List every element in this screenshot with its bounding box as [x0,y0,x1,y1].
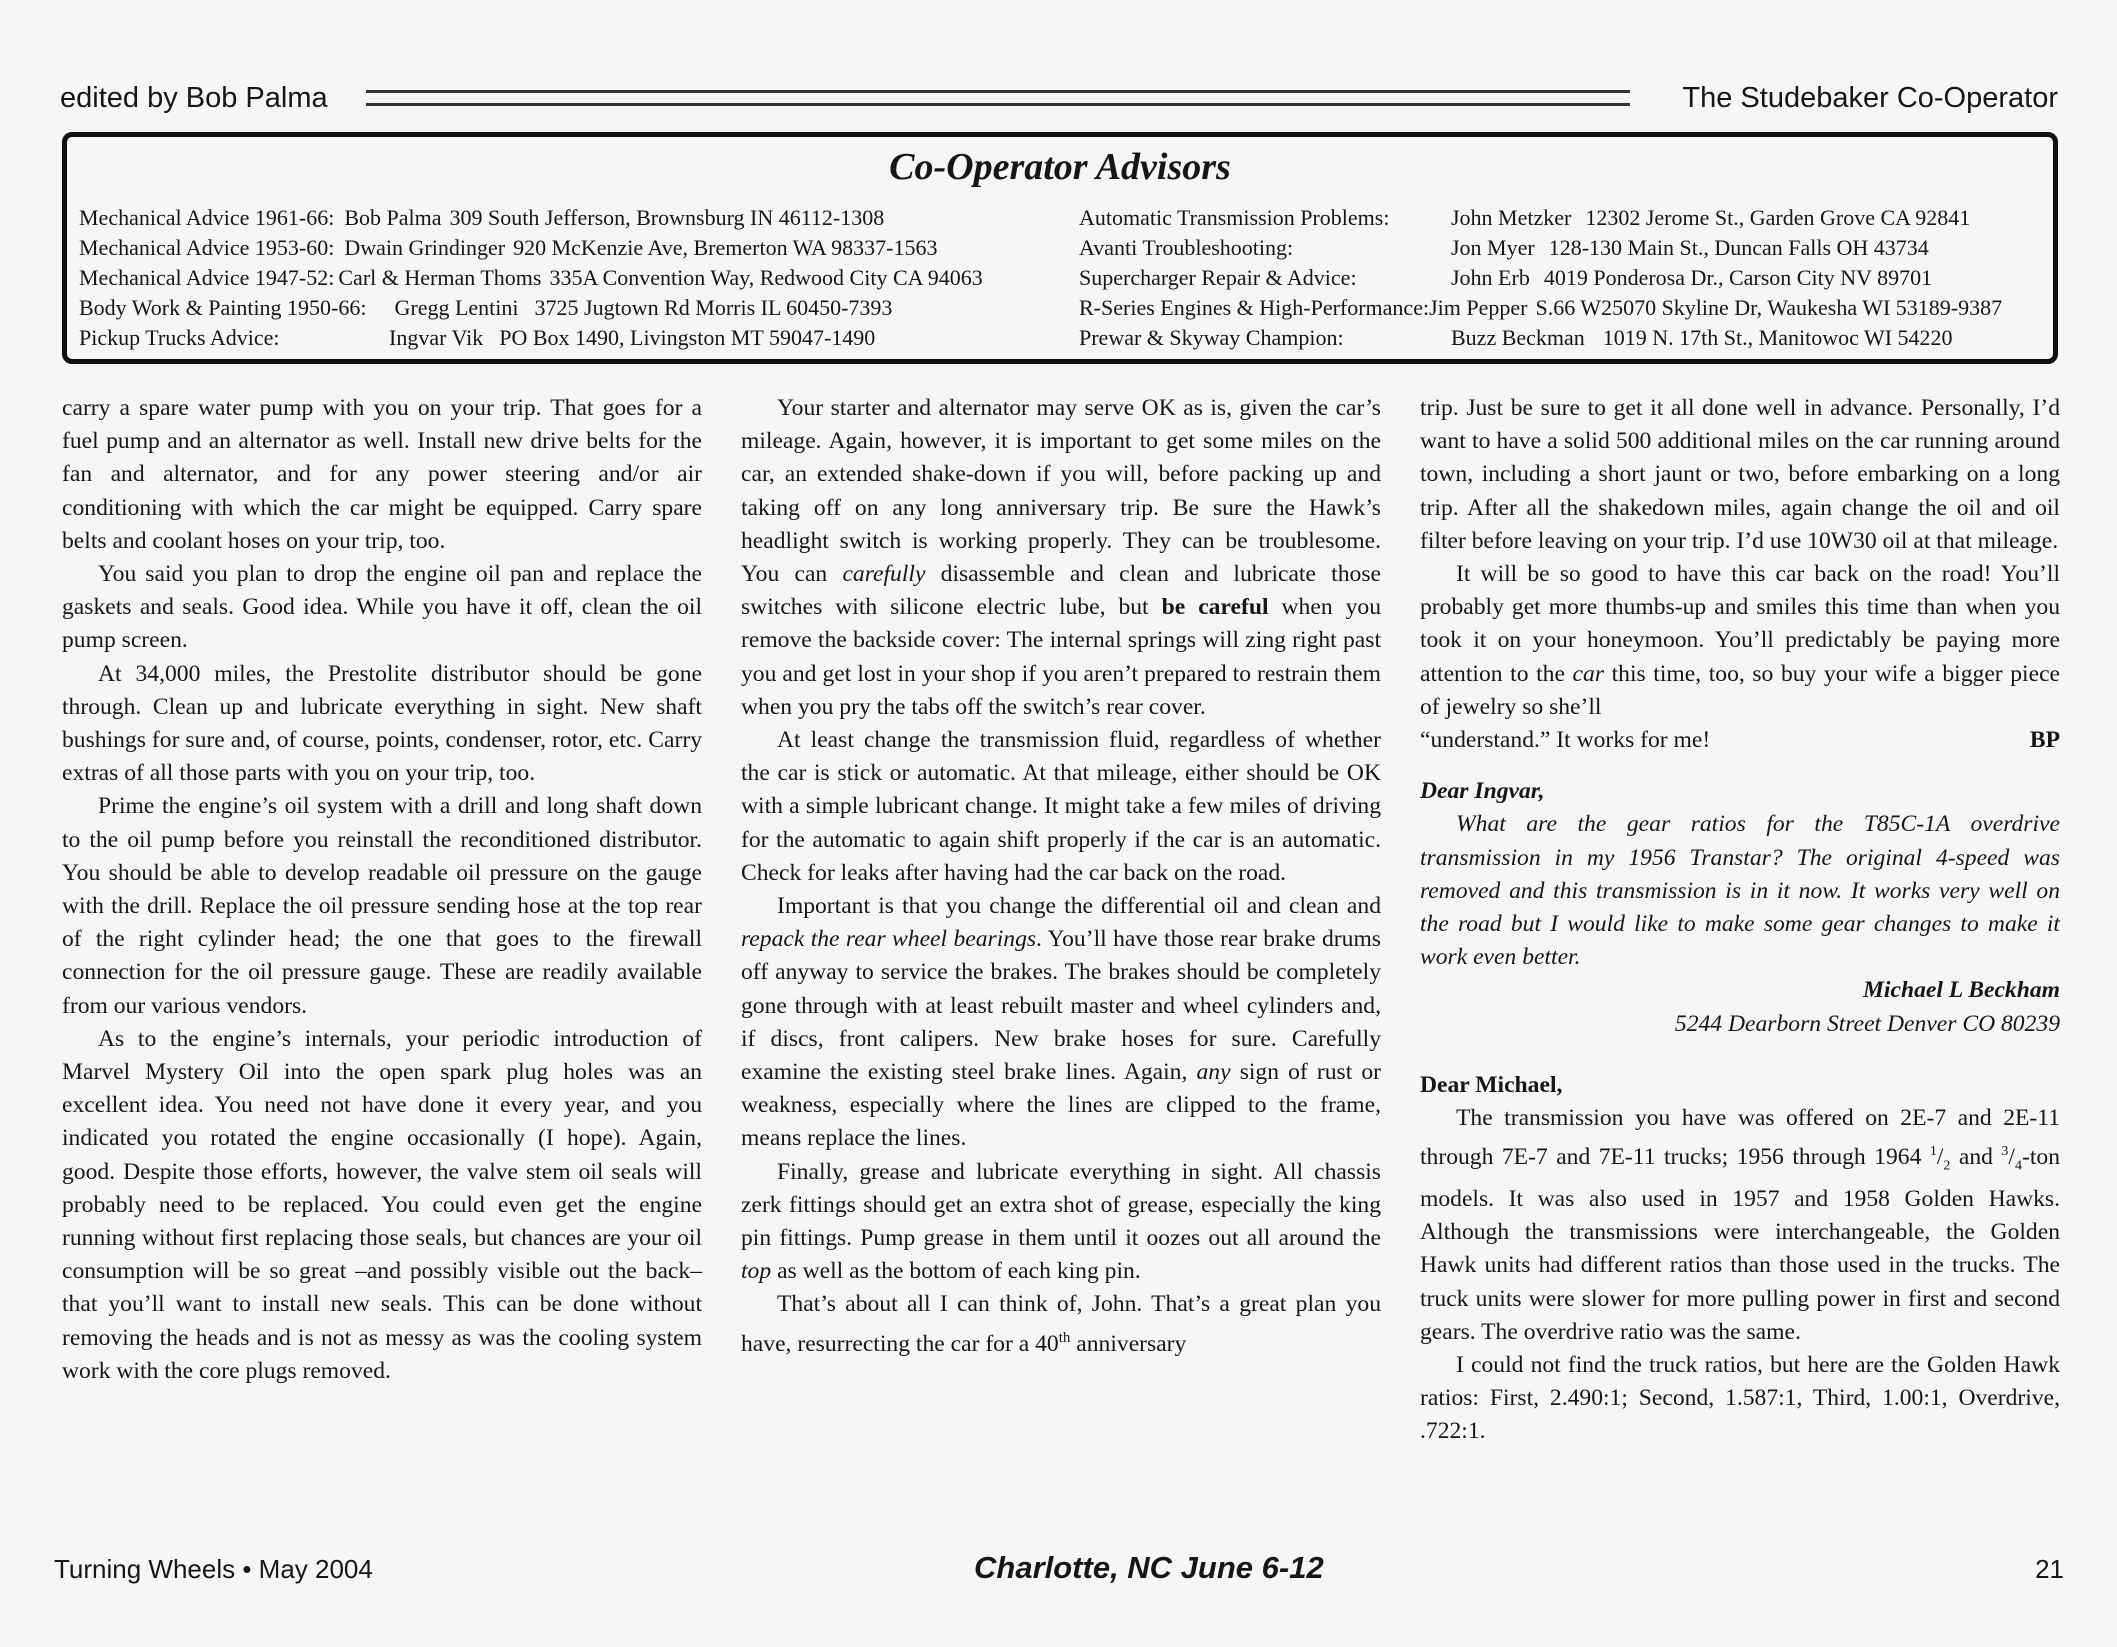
paragraph: Your starter and alternator may serve OK… [741,392,1381,724]
advisor-topic: Automatic Transmission Problems: [1079,203,1451,233]
fraction-half: 1/2 [1930,1144,1951,1170]
advisor-entry: Prewar & Skyway Champion: Buzz Beckman 1… [1079,323,2041,353]
column-title: The Studebaker Co-Operator [1682,82,2058,115]
publication-date: Turning Wheels • May 2004 [54,1554,373,1585]
double-rule-divider [366,90,1631,106]
advisor-address: 12302 Jerome St., Garden Grove CA 92841 [1585,203,1970,233]
advisor-name: Bob Palma [344,203,441,233]
running-head: edited by Bob Palma The Studebaker Co-Op… [60,76,2058,120]
paragraph: Important is that you change the differe… [741,890,1381,1156]
advisor-topic: Mechanical Advice 1953-60: [79,233,334,263]
article-column-3: trip. Just be sure to get it all done we… [1420,392,2060,1522]
emphasis: carefully [842,561,925,587]
advisor-entry: Automatic Transmission Problems: John Me… [1079,203,2041,233]
reply-salutation: Dear Michael, [1420,1069,2060,1102]
advisor-topic: Mechanical Advice 1961-66: [79,203,334,233]
advisor-directory: Mechanical Advice 1961-66: Bob Palma 309… [79,203,2041,353]
advisor-topic: Prewar & Skyway Champion: [1079,323,1451,353]
letter-address: 5244 Dearborn Street Denver CO 80239 [1420,1008,2060,1041]
text-run: Important is that you change the differe… [777,893,1381,919]
advisor-entry: Mechanical Advice 1947-52: Carl & Herman… [79,263,1079,293]
advisor-address: 3725 Jugtown Rd Morris IL 60450-7393 [535,293,893,323]
signoff-line: “understand.” It works for me! BP [1420,724,2060,757]
advisor-entry: Body Work & Painting 1950-66: Gregg Lent… [79,293,1079,323]
emphasis: repack the rear wheel bearings [741,926,1036,952]
advisor-column-left: Mechanical Advice 1961-66: Bob Palma 309… [79,203,1079,353]
paragraph: carry a spare water pump with you on you… [62,392,702,558]
event-banner: Charlotte, NC June 6-12 [974,1550,1324,1586]
advisor-address: 1019 N. 17th St., Manitowoc WI 54220 [1603,323,1953,353]
article-body: carry a spare water pump with you on you… [62,392,2060,1522]
reader-letter: What are the gear ratios for the T85C-1A… [1420,808,2060,974]
paragraph: That’s about all I can think of, John. T… [741,1288,1381,1360]
advisor-entry: R-Series Engines & High-Performance: Jim… [1079,293,2041,323]
advisor-name: John Metzker [1451,203,1571,233]
text-run: Finally, grease and lubricate everything… [741,1159,1381,1251]
advisor-name: Buzz Beckman [1451,323,1585,353]
advisor-entry: Pickup Trucks Advice: Ingvar Vik PO Box … [79,323,1079,353]
article-column-1: carry a spare water pump with you on you… [62,392,702,1522]
ordinal-suffix: th [1059,1330,1071,1346]
paragraph: The transmission you have was offered on… [1420,1102,2060,1349]
advisor-name: Jon Myer [1451,233,1535,263]
emphasis: any [1197,1059,1231,1085]
advisor-topic: R-Series Engines & High-Performance: [1079,293,1429,323]
letter-salutation: Dear Ingvar, [1420,775,2060,808]
advisor-name: Carl & Herman Thoms [338,263,541,293]
advisor-entry: Mechanical Advice 1953-60: Dwain Grindin… [79,233,1079,263]
paragraph: trip. Just be sure to get it all done we… [1420,392,2060,558]
letter-signature: Michael L Beckham [1420,974,2060,1007]
advisor-name: Ingvar Vik [389,323,483,353]
advisor-entry: Avanti Troubleshooting: Jon Myer 128-130… [1079,233,2041,263]
advisor-entry: Mechanical Advice 1961-66: Bob Palma 309… [79,203,1079,233]
text-run: “understand.” It works for me! [1420,724,1710,757]
advisor-address: 128-130 Main St., Duncan Falls OH 43734 [1549,233,1929,263]
paragraph: Prime the engine’s oil system with a dri… [62,790,702,1022]
paragraph: As to the engine’s internals, your perio… [62,1023,702,1388]
advisors-box: Co-Operator Advisors Mechanical Advice 1… [62,132,2058,364]
advisor-topic: Mechanical Advice 1947-52: [79,263,334,293]
advisor-address: 4019 Ponderosa Dr., Carson City NV 89701 [1544,263,1932,293]
advisor-name: Jim Pepper [1429,293,1527,323]
advisor-address: S.66 W25070 Skyline Dr, Waukesha WI 5318… [1535,293,2002,323]
text-run: and [1950,1144,2001,1170]
paragraph: At least change the transmission fluid, … [741,724,1381,890]
advisor-address: 309 South Jefferson, Brownsburg IN 46112… [450,203,885,233]
page-footer: Turning Wheels • May 2004 Charlotte, NC … [54,1550,2064,1590]
paragraph: It will be so good to have this car back… [1420,558,2060,724]
advisor-entry: Supercharger Repair & Advice: John Erb 4… [1079,263,2041,293]
paragraph: You said you plan to drop the engine oil… [62,558,702,658]
strong-emphasis: be careful [1162,594,1269,620]
text-run: as well as the bottom of each king pin. [777,1258,1141,1284]
advisor-topic: Pickup Trucks Advice: [79,323,389,353]
fraction-three-quarters: 3/4 [2001,1144,2022,1170]
page-number: 21 [2035,1554,2064,1585]
advisor-name: Dwain Grindinger [344,233,505,263]
fraction-denominator: 4 [2015,1159,2022,1174]
emphasis: top [741,1258,771,1284]
text-run: -ton models. It was also used in 1957 an… [1420,1144,2060,1345]
advisor-address: PO Box 1490, Livingston MT 59047-1490 [499,323,875,353]
advisor-topic: Body Work & Painting 1950-66: [79,293,367,323]
fraction-numerator: 3 [2001,1144,2008,1159]
editor-credit: edited by Bob Palma [60,82,328,115]
advisor-name: Gregg Lentini [395,293,519,323]
advisor-topic: Supercharger Repair & Advice: [1079,263,1451,293]
fraction-numerator: 1 [1930,1144,1937,1159]
advisor-address: 335A Convention Way, Redwood City CA 940… [549,263,982,293]
author-initials: BP [2030,724,2060,757]
text-run: anniversary [1070,1331,1186,1357]
paragraph: At 34,000 miles, the Prestolite distribu… [62,658,702,791]
paragraph: Finally, grease and lubricate everything… [741,1156,1381,1289]
text-run: That’s about all I can think of, John. T… [741,1291,1381,1356]
advisor-column-right: Automatic Transmission Problems: John Me… [1079,203,2041,353]
paragraph: I could not find the truck ratios, but h… [1420,1349,2060,1449]
emphasis: car [1573,661,1604,687]
advisor-address: 920 McKenzie Ave, Bremerton WA 98337-156… [513,233,937,263]
advisor-topic: Avanti Troubleshooting: [1079,233,1451,263]
text-run: Your starter and alternator may serve OK… [741,395,1381,587]
article-column-2: Your starter and alternator may serve OK… [741,392,1381,1522]
advisor-name: John Erb [1451,263,1530,293]
advisors-title: Co-Operator Advisors [67,145,2053,189]
